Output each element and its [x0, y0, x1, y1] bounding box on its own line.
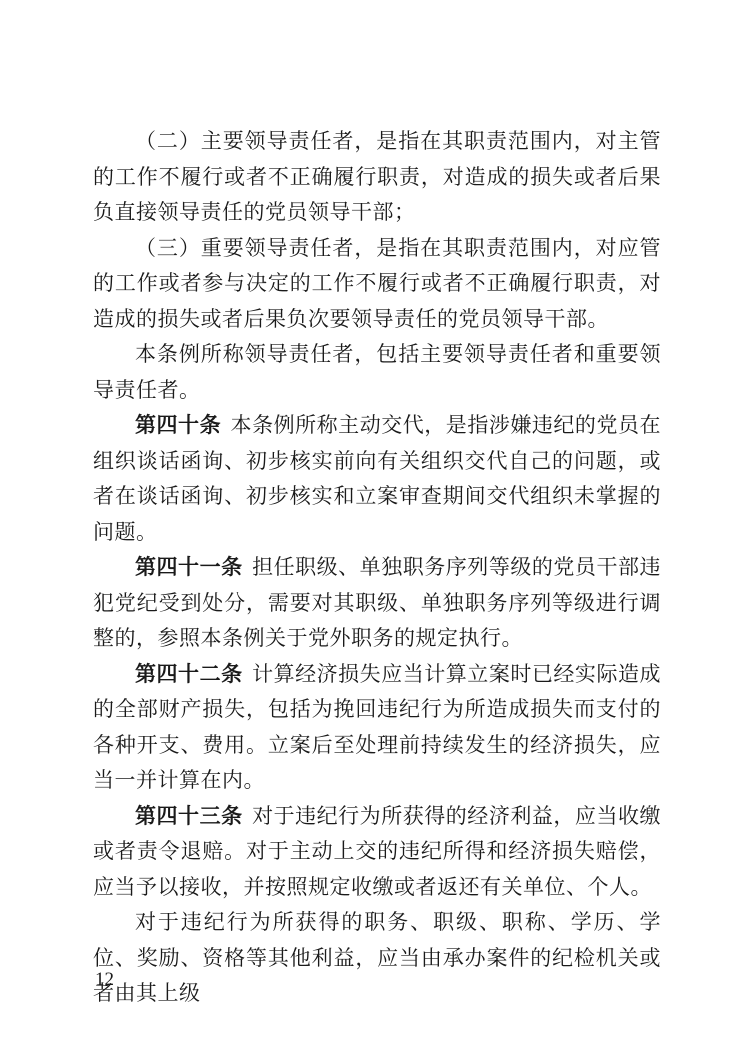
document-page: （二）主要领导责任者，是指在其职责范围内，对主管的工作不履行或者不正确履行职责，…	[0, 0, 750, 1060]
article-number: 第四十三条	[135, 804, 243, 828]
paragraph-text: 本条例所称领导责任者，包括主要领导责任者和重要领导责任者。	[93, 342, 661, 402]
paragraph: 对于违纪行为所获得的职务、职级、职称、学历、学位、奖励、资格等其他利益，应当由承…	[93, 905, 661, 1012]
document-body: （二）主要领导责任者，是指在其职责范围内，对主管的工作不履行或者不正确履行职责，…	[93, 124, 661, 1012]
article-number: 第四十一条	[135, 555, 243, 579]
paragraph: （二）主要领导责任者，是指在其职责范围内，对主管的工作不履行或者不正确履行职责，…	[93, 124, 661, 231]
article-number: 第四十条	[135, 413, 221, 437]
paragraph: 本条例所称领导责任者，包括主要领导责任者和重要领导责任者。	[93, 337, 661, 408]
paragraph: 第四十三条对于违纪行为所获得的经济利益，应当收缴或者责令退赔。对于主动上交的违纪…	[93, 799, 661, 906]
paragraph: 第四十条本条例所称主动交代，是指涉嫌违纪的党员在组织谈话函询、初步核实前向有关组…	[93, 408, 661, 550]
page-number: 12	[95, 968, 114, 992]
paragraph-text: （三）重要领导责任者，是指在其职责范围内，对应管的工作或者参与决定的工作不履行或…	[93, 236, 661, 331]
article-number: 第四十二条	[135, 662, 243, 686]
paragraph: （三）重要领导责任者，是指在其职责范围内，对应管的工作或者参与决定的工作不履行或…	[93, 231, 661, 338]
paragraph: 第四十二条计算经济损失应当计算立案时已经实际造成的全部财产损失，包括为挽回违纪行…	[93, 657, 661, 799]
paragraph: 第四十一条担任职级、单独职务序列等级的党员干部违犯党纪受到处分，需要对其职级、单…	[93, 550, 661, 657]
paragraph-text: （二）主要领导责任者，是指在其职责范围内，对主管的工作不履行或者不正确履行职责，…	[93, 129, 661, 224]
paragraph-text: 对于违纪行为所获得的职务、职级、职称、学历、学位、奖励、资格等其他利益，应当由承…	[93, 910, 661, 1005]
